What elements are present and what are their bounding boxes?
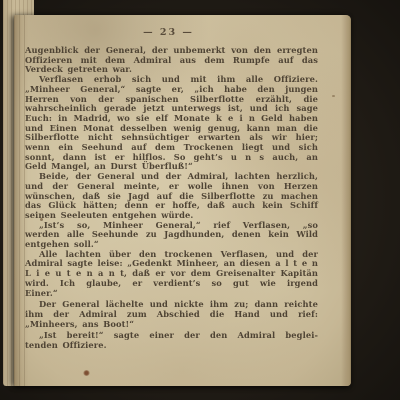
page-fore-edge	[341, 15, 351, 386]
paper-speck	[40, 218, 43, 221]
book-page: — 23 — Augenblick der General, der unbem…	[14, 15, 351, 386]
paper-speck	[332, 95, 335, 97]
text-line: wird. Ich glaube, er verdient’s so gut w…	[25, 279, 318, 289]
photo-of-book: { "document": { "kind": "scanned-book-pa…	[0, 0, 400, 400]
gutter-shadow	[14, 15, 28, 386]
text-line: Einer.“	[25, 289, 318, 299]
text-line: tenden Offiziere.	[25, 341, 318, 351]
text-line: „Minheers, ans Boot!“	[25, 320, 318, 330]
paper-stain	[83, 370, 90, 376]
page-number: — 23 —	[0, 27, 337, 38]
page-text-block: Augenblick der General, der unbemerkt vo…	[25, 46, 318, 351]
